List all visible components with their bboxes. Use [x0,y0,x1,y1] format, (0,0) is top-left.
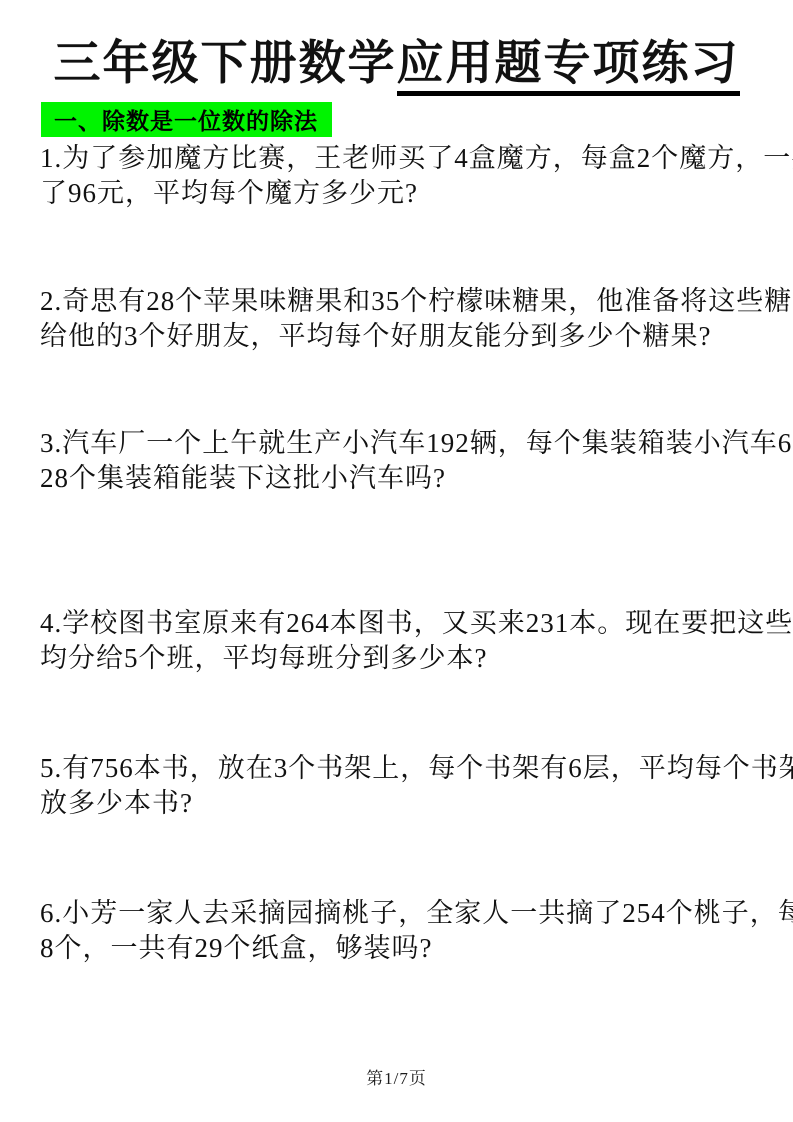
page-number: 第1/7页 [0,1064,793,1089]
problem-6-line-1: 6.小芳一家人去采摘园摘桃子，全家人一共摘了254个桃子，每盒装 [40,896,766,931]
problem-4-line-1: 4.学校图书室原来有264本图书，又买来231本。现在要把这些书平 [40,606,766,641]
section-header-division-by-one-digit: 一、除数是一位数的除法 [41,102,332,137]
problem-5-line-2: 放多少本书? [40,786,766,821]
problem-4-line-2: 均分给5个班，平均每班分到多少本? [40,641,766,676]
problem-2-line-2: 给他的3个好朋友，平均每个好朋友能分到多少个糖果? [40,319,766,354]
page-title-underlined: 应用题专项练习 [397,38,740,96]
worksheet-page: 三年级下册数学应用题专项练习 一、除数是一位数的除法 1.为了参加魔方比赛，王老… [0,0,793,1122]
problem-3-line-1: 3.汽车厂一个上午就生产小汽车192辆，每个集装箱装小汽车6辆， [40,426,766,461]
problem-6: 6.小芳一家人去采摘园摘桃子，全家人一共摘了254个桃子，每盒装 8个，一共有2… [40,896,766,966]
problem-4: 4.学校图书室原来有264本图书，又买来231本。现在要把这些书平 均分给5个班… [40,606,766,676]
problem-1-line-2: 了96元，平均每个魔方多少元? [40,176,766,211]
problem-2: 2.奇思有28个苹果味糖果和35个柠檬味糖果，他准备将这些糖果分 给他的3个好朋… [40,284,766,354]
problem-5: 5.有756本书，放在3个书架上，每个书架有6层，平均每个书架每层 放多少本书? [40,751,766,821]
problem-1-line-1: 1.为了参加魔方比赛，王老师买了4盒魔方，每盒2个魔方，一共花 [40,141,766,176]
page-title: 三年级下册数学应用题专项练习 [0,36,793,92]
problem-1: 1.为了参加魔方比赛，王老师买了4盒魔方，每盒2个魔方，一共花 了96元，平均每… [40,141,766,211]
problem-3-line-2: 28个集装箱能装下这批小汽车吗? [40,461,766,496]
problem-2-line-1: 2.奇思有28个苹果味糖果和35个柠檬味糖果，他准备将这些糖果分 [40,284,766,319]
problem-5-line-1: 5.有756本书，放在3个书架上，每个书架有6层，平均每个书架每层 [40,751,766,786]
problem-3: 3.汽车厂一个上午就生产小汽车192辆，每个集装箱装小汽车6辆， 28个集装箱能… [40,426,766,496]
problem-6-line-2: 8个，一共有29个纸盒，够装吗? [40,931,766,966]
section-header-label: 一、除数是一位数的除法 [54,103,318,136]
page-title-plain: 三年级下册数学 [54,38,397,90]
